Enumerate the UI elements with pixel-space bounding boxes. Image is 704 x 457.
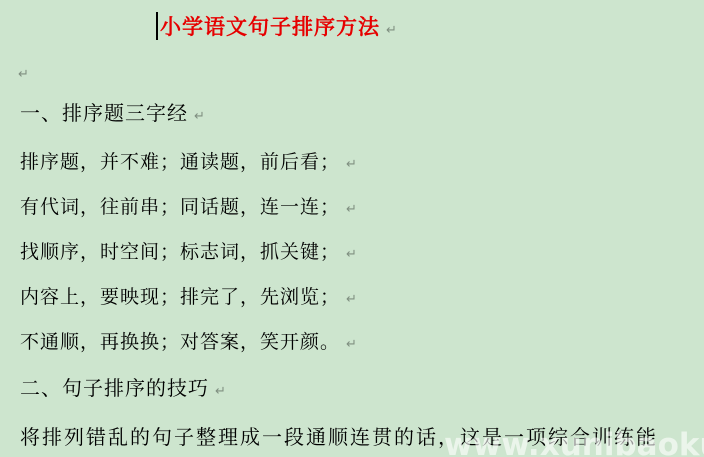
line-text: 有代词，往前串；同话题，连一连； [20,197,340,218]
paragraph-mark-icon: ↵ [346,202,357,217]
paragraph-mark-icon: ↵ [215,384,226,399]
paragraph-mark-icon: ↵ [386,23,397,38]
text-line: 找顺序，时空间；标志词，抓关键；↵ [20,240,357,268]
line-text: 找顺序，时空间；标志词，抓关键； [20,242,340,263]
paragraph-mark-icon: ↵ [346,247,357,262]
empty-paragraph: ↵ [18,60,29,88]
paragraph-mark-icon: ↵ [346,157,357,172]
document-page: 小学语文句子排序方法↵ ↵ 一、排序题三字经↵ 排序题，并不难；通读题，前后看；… [0,0,704,457]
paragraph-mark-icon: ↵ [346,292,357,307]
paragraph-mark-icon: ↵ [194,109,205,124]
section-heading-2: 二、句子排序的技巧↵ [20,376,226,405]
heading-text: 一、排序题三字经 [20,103,188,125]
line-text: 不通顺，再换换；对答案，笑开颜。 [20,332,340,353]
text-line: 不通顺，再换换；对答案，笑开颜。↵ [20,330,357,358]
heading-text: 二、句子排序的技巧 [20,378,209,400]
paragraph-mark-icon: ↵ [346,337,357,352]
text-line: 内容上，要映现；排完了，先浏览；↵ [20,285,357,313]
paragraph-mark-icon: ↵ [18,67,29,82]
text-line: 排序题，并不难；通读题，前后看；↵ [20,150,357,178]
text-cursor [156,12,158,40]
document-title: 小学语文句子排序方法 [160,15,380,39]
text-line: 有代词，往前串；同话题，连一连；↵ [20,195,357,223]
watermark: www.xunibaoku.com [444,427,704,457]
section-heading-1: 一、排序题三字经↵ [20,101,205,130]
document-title-line: 小学语文句子排序方法↵ [156,12,397,44]
line-text: 排序题，并不难；通读题，前后看； [20,152,340,173]
line-text: 内容上，要映现；排完了，先浏览； [20,287,340,308]
